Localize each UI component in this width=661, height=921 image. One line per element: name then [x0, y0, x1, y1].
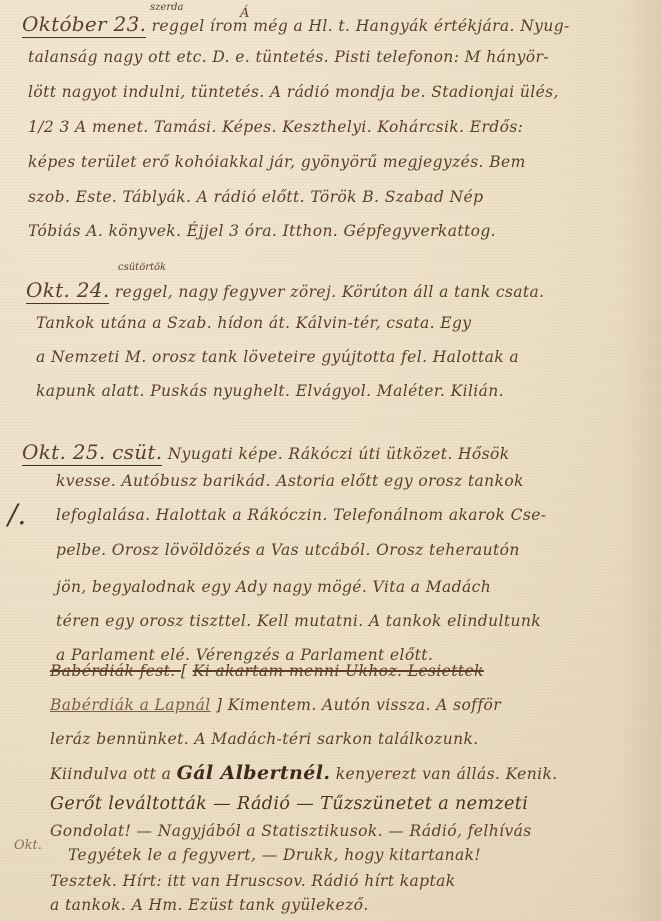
entry-text: Nyugati képe. Rákóczi úti ütközet. Hősök	[168, 445, 510, 463]
entry-line: Tankok utána a Szab. hídon át. Kálvin-té…	[36, 314, 471, 332]
entry-line: Gondolat! — Nagyjából a Statisztikusok. …	[50, 822, 532, 840]
entry-line: téren egy orosz tiszttel. Kell mutatni. …	[56, 612, 541, 630]
entry-text: reggel írom még a Hl. t. Hangyák értékjá…	[152, 17, 570, 35]
entry-oct25-first-line: Okt. 25. csüt. Nyugati képe. Rákóczi úti…	[22, 440, 510, 464]
entry-line: a Nemzeti M. orosz tank löveteire gyújto…	[36, 348, 519, 366]
entry-line: kapunk alatt. Puskás nyughelt. Elvágyol.…	[36, 382, 504, 400]
struck-text: Babérdiák fest.	[50, 662, 181, 680]
entry-oct23-first-line: Október 23. reggel írom még a Hl. t. Han…	[22, 12, 570, 36]
entry-line: Gerőt leváltották — Rádió — Tűzszünetet …	[50, 794, 528, 814]
entry-text: Kiindulva ott a	[50, 765, 171, 783]
margin-faint-note: Okt.	[14, 838, 42, 853]
manuscript-page: szerda Á Október 23. reggel írom még a H…	[0, 0, 661, 921]
entry-line: kvesse. Autóbusz barikád. Astoria előtt …	[56, 472, 524, 490]
entry-heading: Október 23.	[22, 12, 146, 38]
entry-line: 1/2 3 A menet. Tamási. Képes. Keszthelyi…	[28, 118, 523, 136]
insertion-above-weekday: csütörtök	[118, 262, 166, 273]
entry-line: Tesztek. Hírt: itt van Hruscsov. Rádió h…	[50, 872, 456, 890]
entry-line: Tegyétek le a fegyvert, — Drukk, hogy ki…	[68, 846, 481, 864]
struck-text: Ki akartam menni Ukhoz. Lesiettek	[193, 662, 484, 680]
entry-line: Tóbiás A. könyvek. Éjjel 3 óra. Itthon. …	[28, 222, 496, 240]
revised-line: Babérdiák a Lapnál ] Kimentem. Autón vis…	[50, 696, 501, 714]
faint-underlined-text: Babérdiák a Lapnál	[50, 696, 211, 714]
struck-line: Babérdiák fest. [ Ki akartam menni Ukhoz…	[50, 662, 484, 680]
entry-heading: Okt. 25. csüt.	[22, 440, 162, 466]
entry-line: képes terület erő kohóiakkal jár, gyönyö…	[28, 153, 526, 171]
entry-line-with-name: Kiindulva ott a Gál Albertnél. kenyerezt…	[50, 762, 558, 784]
entry-line: pelbe. Orosz lövöldözés a Vas utcából. O…	[56, 541, 520, 559]
bracket-open: [	[181, 662, 187, 680]
entry-text: kenyerezt van állás. Kenik.	[336, 765, 558, 783]
entry-text: Kimentem. Autón vissza. A sofför	[228, 696, 501, 714]
entry-line: lefoglalása. Halottak a Rákóczin. Telefo…	[56, 506, 546, 524]
entry-line: szob. Este. Táblyák. A rádió előtt. Törö…	[28, 188, 483, 206]
entry-line: jön, begyalodnak egy Ady nagy mögé. Vita…	[56, 578, 491, 596]
entry-line: talanság nagy ott etc. D. e. tüntetés. P…	[28, 48, 549, 66]
bracket-close: ]	[216, 696, 222, 714]
entry-line: a tankok. A Hm. Ezüst tank gyülekező.	[50, 896, 369, 914]
entry-line: lött nagyot indulni, tüntetés. A rádió m…	[28, 83, 559, 101]
emphasized-name: Gál Albertnél.	[177, 762, 331, 784]
margin-mark: /.	[8, 498, 26, 531]
entry-text: reggel, nagy fegyver zörej. Körúton áll …	[115, 283, 545, 301]
entry-oct24-first-line: Okt. 24. reggel, nagy fegyver zörej. Kör…	[26, 278, 545, 302]
entry-heading: Okt. 24.	[26, 278, 109, 304]
entry-line: leráz bennünket. A Madách-téri sarkon ta…	[50, 730, 479, 748]
